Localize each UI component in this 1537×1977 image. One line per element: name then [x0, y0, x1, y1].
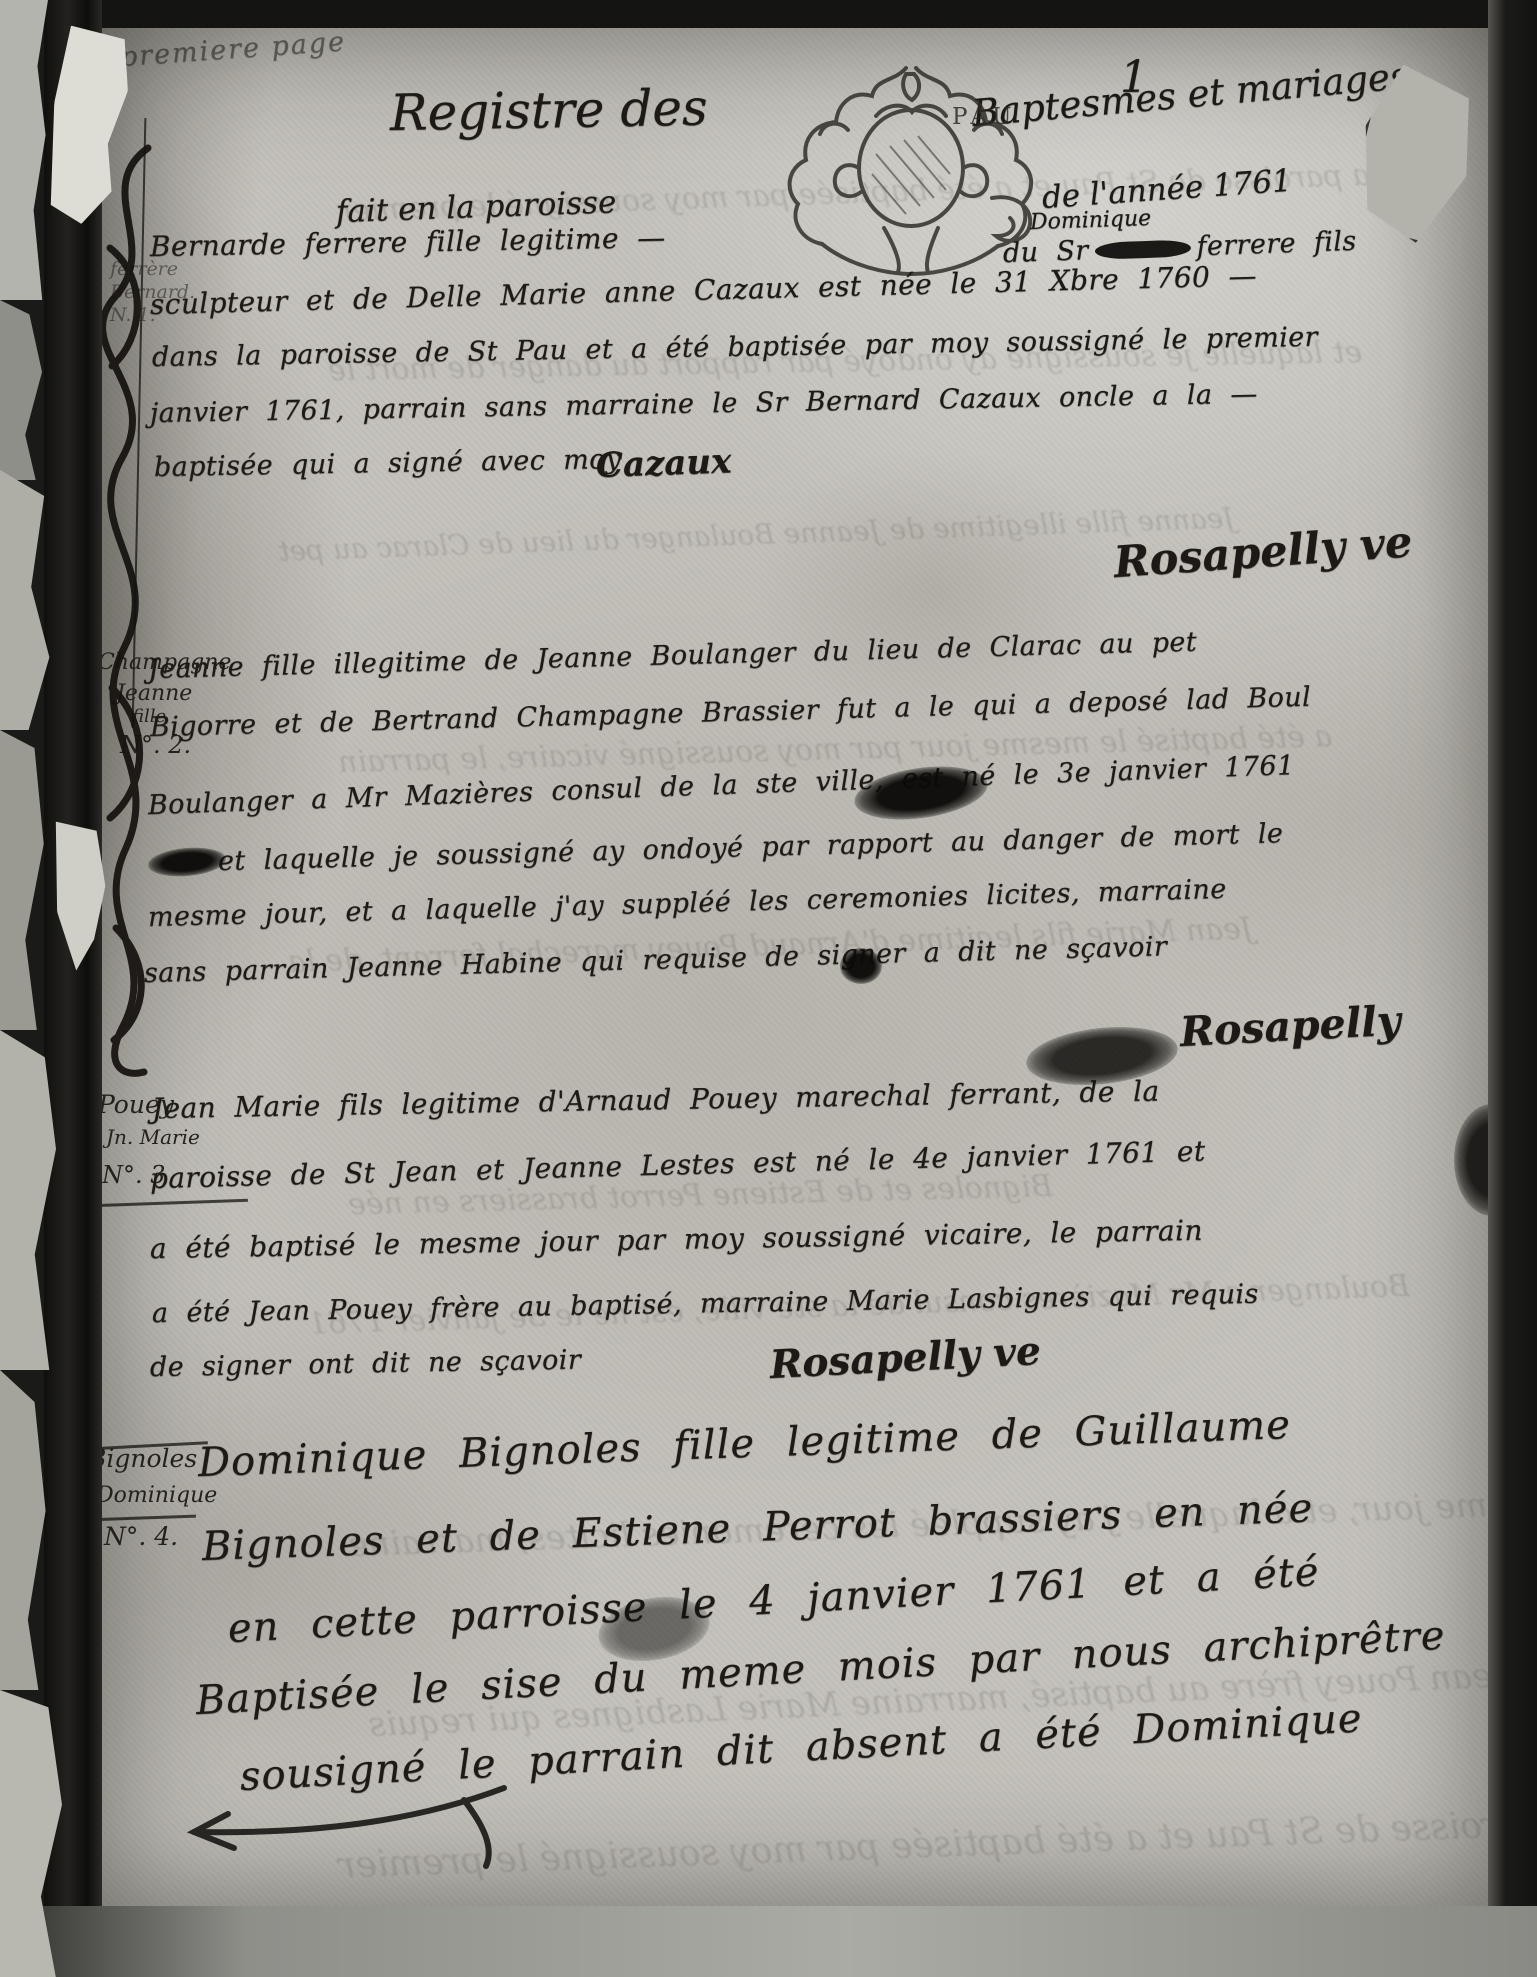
- bleedthrough-line: Jeanne fille illegitime de Jeanne Boulan…: [278, 501, 1235, 567]
- margin-note-4-line: Dominique: [98, 1483, 217, 1508]
- entry-line: janvier 1761, parrain sans marraine le S…: [150, 379, 1258, 429]
- ink-blot: [840, 948, 882, 984]
- photo-edge-right: [1488, 0, 1537, 1977]
- torn-paper-piece: [0, 730, 46, 1030]
- entry-line: a été baptisé le mesme jour par moy sous…: [150, 1214, 1203, 1265]
- entry-line: Jean Marie fils legitime d'Arnaud Pouey …: [152, 1074, 1160, 1125]
- entry-line: et laquelle je soussigné ay ondoyé par r…: [218, 818, 1284, 877]
- scanner-tray: [0, 1906, 1537, 1977]
- entry-line: Jeanne fille illegitime de Jeanne Boulan…: [148, 627, 1198, 685]
- crossed-out-word: [1094, 239, 1191, 259]
- register-page: dans la paroisse de St Pau et a été bapt…: [98, 26, 1492, 1908]
- torn-paper-piece: [0, 1370, 48, 1690]
- entry-line: baptisée qui a signé avec moy: [154, 444, 622, 483]
- ink-smudge: [1454, 1104, 1492, 1216]
- entry-line-text: ferrere fils: [1196, 226, 1357, 263]
- arrow-stroke: [164, 1770, 524, 1880]
- corner-note: premiere page: [119, 26, 347, 73]
- scanned-photo: dans la paroisse de St Pau et a été bapt…: [0, 0, 1537, 1977]
- torn-paper-piece: [0, 300, 42, 480]
- entry-line: de signer ont dit ne sçavoir: [150, 1344, 582, 1383]
- priest-signature: Rosapelly ve: [769, 1328, 1042, 1388]
- torn-paper-piece: [0, 0, 48, 300]
- priest-signature: Rosapelly: [1179, 996, 1402, 1055]
- witness-signature: Cazaux: [595, 441, 732, 486]
- entry-line: sculpteur et de Delle Marie anne Cazaux …: [150, 259, 1258, 321]
- margin-underline: [98, 1199, 248, 1207]
- margin-note-3-line: Jn. Marie: [106, 1125, 200, 1149]
- stamp-text: PAU: [952, 104, 1016, 130]
- binding-strip: [44, 0, 102, 1977]
- interline-note: Dominique: [1030, 206, 1152, 235]
- entry-line: Bernarde ferrere fille legitime —: [150, 221, 666, 263]
- entry-line: Dominique Bignoles fille legitime de Gui…: [197, 1402, 1291, 1486]
- margin-note-4-line: N°. 4.: [104, 1522, 217, 1551]
- header-title-left: Registre des: [389, 78, 708, 142]
- photo-edge-top: [0, 0, 1537, 28]
